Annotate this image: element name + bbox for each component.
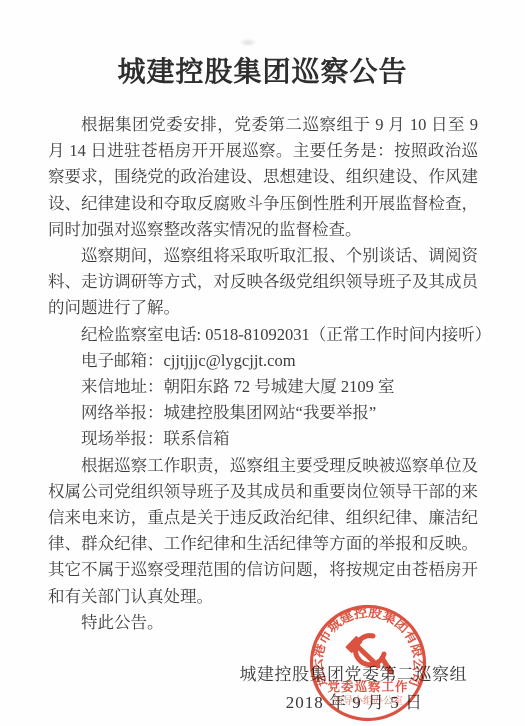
contact-address-line: 来信地址：朝阳东路 72 号城建大厦 2109 室 xyxy=(48,374,478,400)
seal-inner-text-line2: 领导小组办公室 xyxy=(333,694,403,707)
seal-ring-text: 连云港市城建控股集团有限公司 xyxy=(309,604,426,690)
document-page: 城建控股集团巡察公告 根据集团党委安排，党委第二巡察组于 9 月 10 日至 9… xyxy=(0,0,525,726)
paragraph-inspection-schedule: 根据集团党委安排，党委第二巡察组于 9 月 10 日至 9 月 14 日进驻苍梧… xyxy=(48,112,478,243)
scan-smudge-artifact xyxy=(239,38,257,47)
page-title: 城建控股集团巡察公告 xyxy=(0,50,525,90)
paragraph-report-scope: 根据巡察工作职责，巡察组主要受理反映被巡察单位及权属公司党组织领导班子及其成员和… xyxy=(48,453,478,610)
contact-phone-line: 纪检监察室电话: 0518-81092031（正常工作时间内接听） xyxy=(48,322,478,348)
hammer-and-sickle-icon xyxy=(345,636,391,672)
contact-email-line: 电子邮箱：cjjtjjjc@lygcjjt.com xyxy=(48,348,478,374)
contact-web-report-line: 网络举报：城建控股集团网站“我要举报” xyxy=(48,400,478,426)
document-body: 根据集团党委安排，党委第二巡察组于 9 月 10 日至 9 月 14 日进驻苍梧… xyxy=(48,112,478,636)
contact-onsite-report-line: 现场举报：联系信箱 xyxy=(48,426,478,452)
paragraph-inspection-methods: 巡察期间，巡察组将采取听取汇报、个别谈话、调阅资料、走访调研等方式，对反映各级党… xyxy=(48,243,478,322)
official-red-seal: 连云港市城建控股集团有限公司 党委巡察工作 领导小组办公室 xyxy=(306,601,430,725)
seal-inner-text-line1: 党委巡察工作 xyxy=(327,679,408,694)
